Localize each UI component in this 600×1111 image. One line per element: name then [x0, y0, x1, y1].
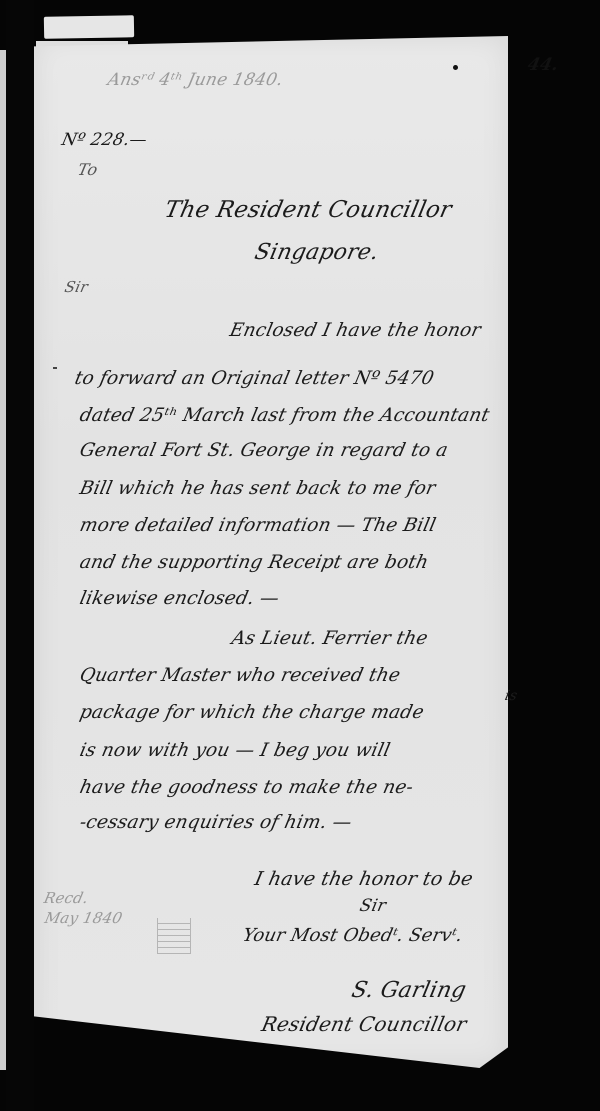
signature: S. Garling — [349, 978, 468, 1003]
signature-title: Resident Councillor — [259, 1012, 468, 1036]
body-line: likewise enclosed. — — [78, 588, 281, 609]
addressee-title: The Resident Councillor — [162, 197, 454, 223]
body-line: -cessary enquiries of him. — — [78, 812, 354, 833]
body-line: package for which the charge made — [78, 702, 426, 723]
to-label: To — [76, 160, 100, 179]
body-line: General Fort St. George in regard to a — [78, 440, 450, 461]
body-line: Quarter Master who received the — [78, 665, 403, 686]
answer-note: Ansʳᵈ 4ᵗʰ June 1840. — [106, 70, 285, 90]
pencil-flourish — [157, 918, 191, 954]
closing-line: I have the honor to be — [253, 868, 475, 890]
body-line: As Lieut. Ferrier the — [230, 628, 430, 649]
addressee-place: Singapore. — [252, 240, 381, 265]
binding-shadow — [6, 0, 34, 1111]
ink-spot — [453, 65, 458, 70]
body-line: to forward an Original letter Nº 5470 — [73, 368, 436, 389]
body-line: and the supporting Receipt are both — [78, 552, 431, 573]
page-number: 44. — [526, 55, 560, 75]
salutation: Sir — [63, 278, 90, 296]
closing-yours: Your Most Obedᵗ. Servᵗ. — [241, 925, 465, 946]
paper-tab — [44, 15, 134, 39]
letter-number: Nº 228.— — [60, 130, 149, 150]
closing-sir: Sir — [358, 896, 388, 916]
insertion-mark: is — [503, 688, 518, 704]
margin-received-note: Recd. May 1840 — [38, 888, 129, 929]
body-line: dated 25ᵗʰ March last from the Accountan… — [78, 405, 492, 426]
body-line: have the goodness to make the ne- — [78, 777, 416, 798]
body-line: Bill which he has sent back to me for — [78, 478, 438, 499]
body-line: more detailed information — The Bill — [78, 515, 438, 536]
margin-mark — [53, 367, 57, 369]
body-line: Enclosed I have the honor — [228, 320, 483, 341]
body-line: is now with you — I beg you will — [78, 740, 392, 761]
